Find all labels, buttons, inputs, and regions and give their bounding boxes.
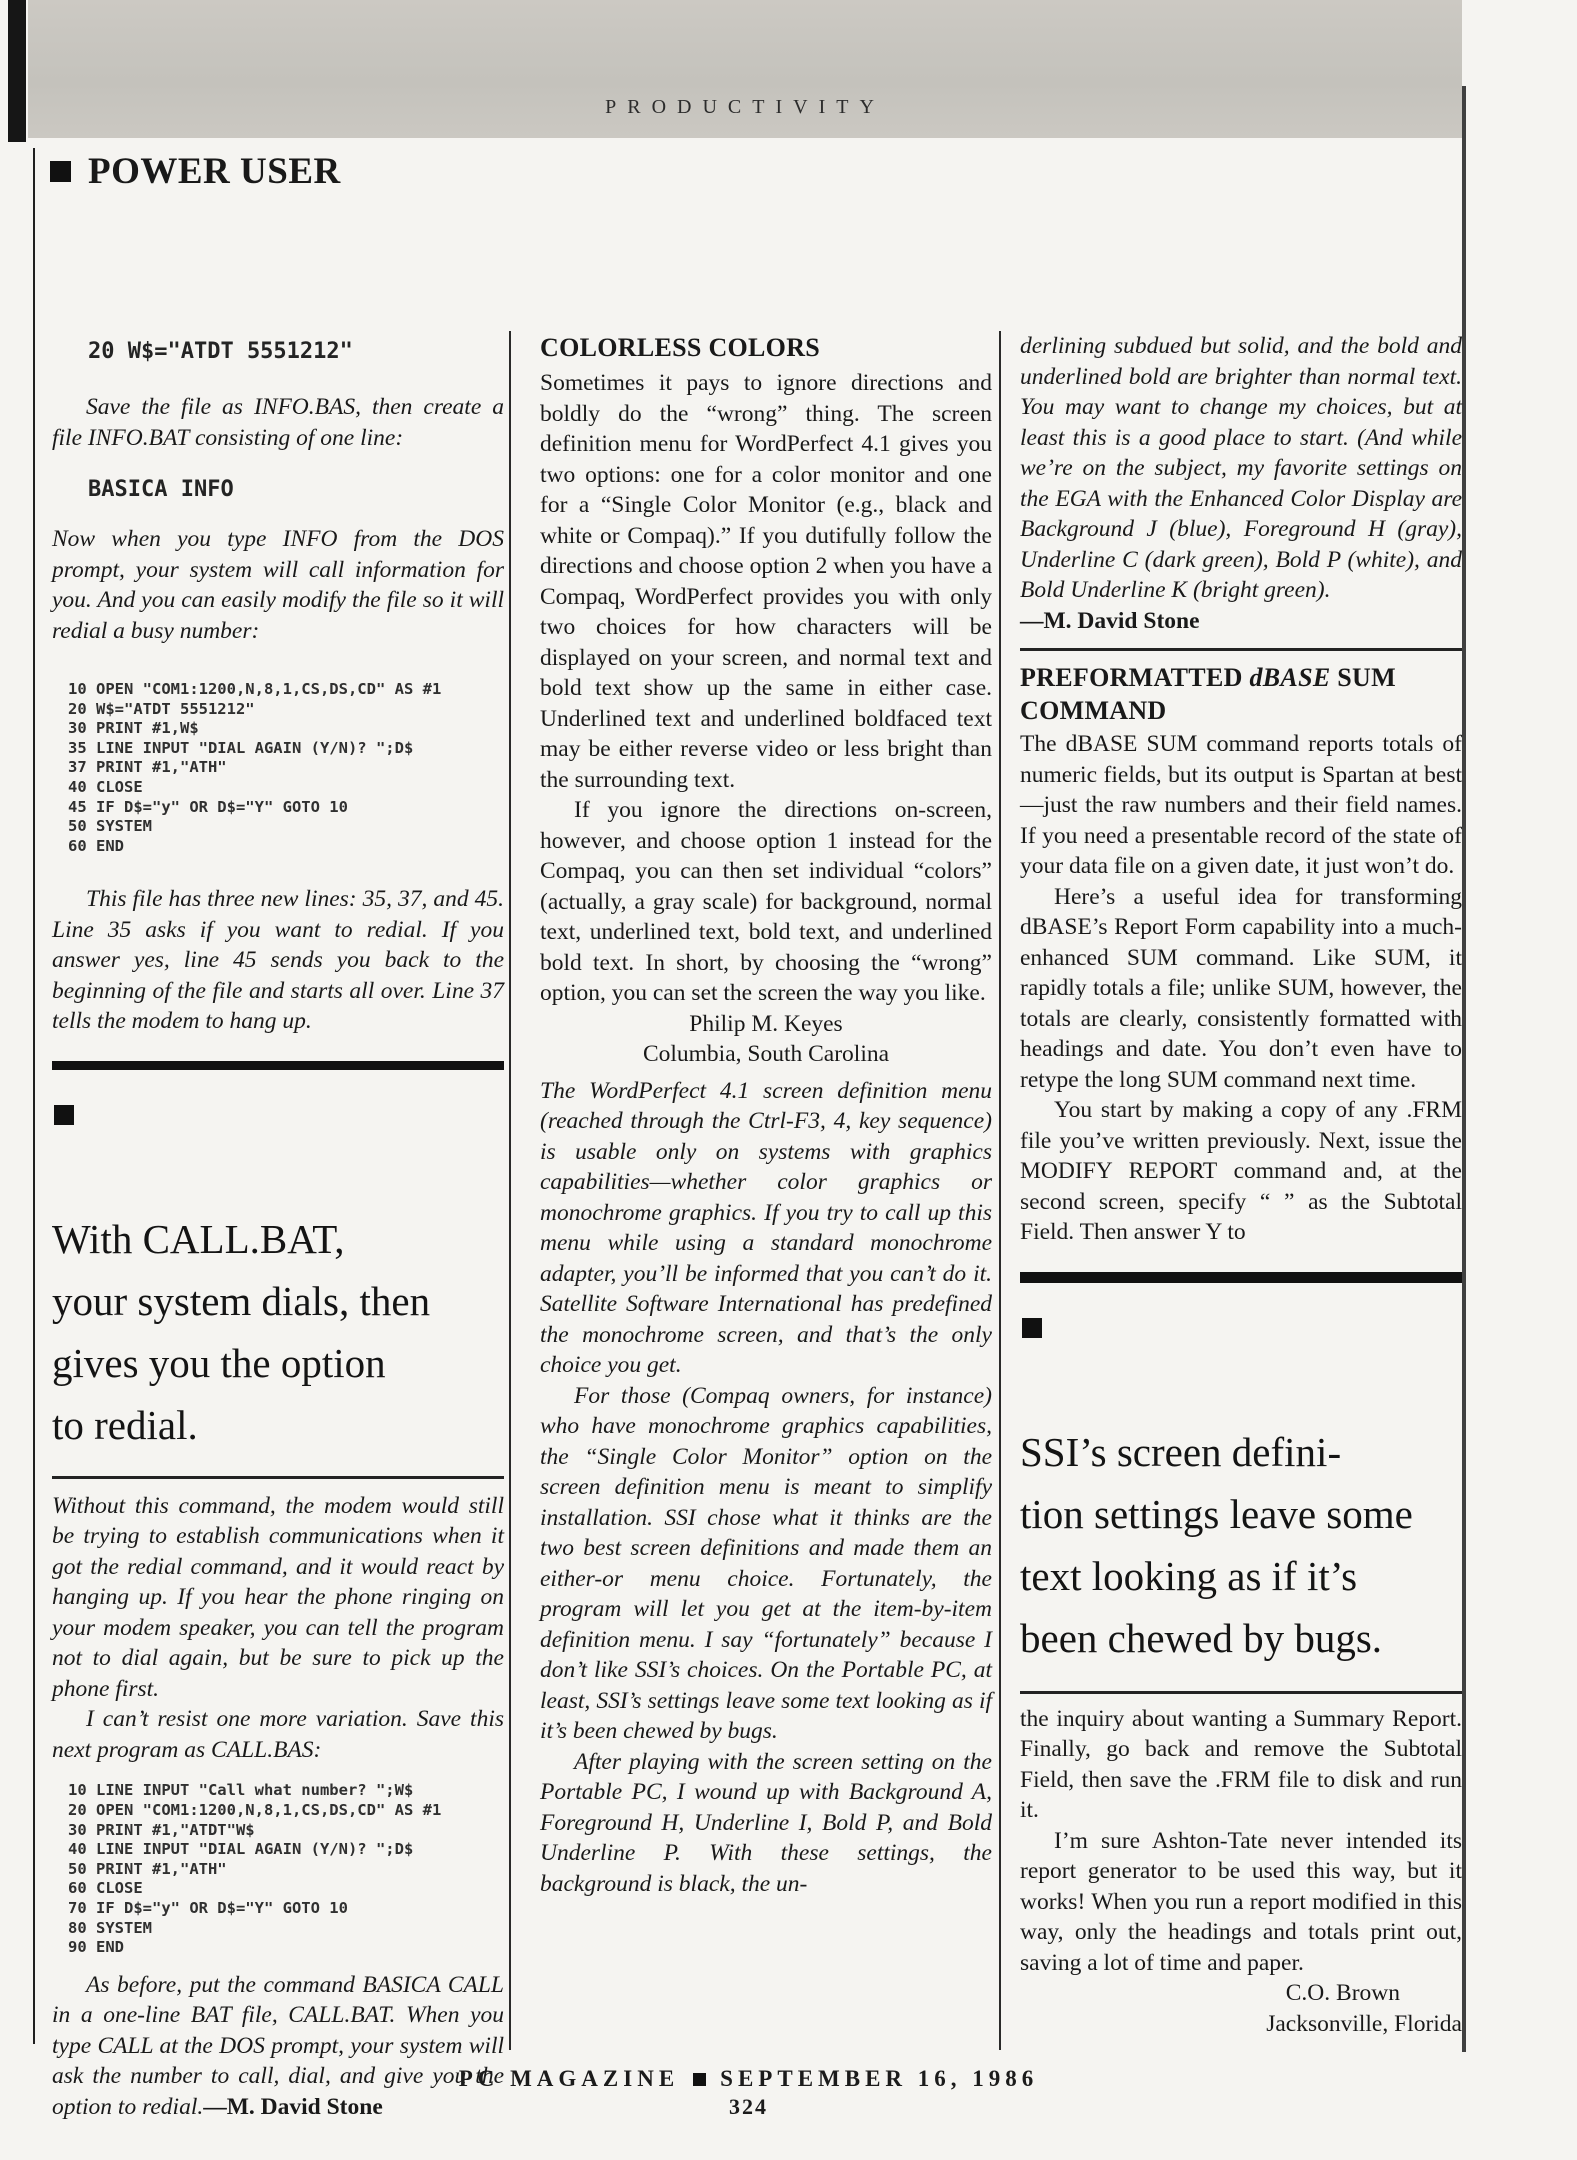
magazine-name: PC MAGAZINE <box>459 2066 679 2091</box>
square-bullet-icon <box>50 161 71 182</box>
paragraph: Now when you type INFO from the DOS prom… <box>52 524 504 646</box>
column-divider-1 <box>509 331 511 2050</box>
code-fragment: BASICA INFO <box>52 477 504 502</box>
attribution-location: Columbia, South Carolina <box>540 1039 992 1070</box>
pull-quote-text: SSI’s screen defini- tion settings leave… <box>1020 1429 1413 1661</box>
square-bullet-icon <box>1022 1318 1042 1338</box>
paragraph: You start by making a copy of any .FRM f… <box>1020 1095 1462 1248</box>
thick-rule <box>1020 1272 1462 1283</box>
author-byline: —M. David Stone <box>1020 606 1462 637</box>
editor-note: After playing with the screen setting on… <box>540 1747 992 1900</box>
column-divider-2 <box>999 331 1001 2050</box>
basic-listing-call: 10 LINE INPUT "Call what number? ";W$ 20… <box>52 1781 504 1957</box>
column-2: COLORLESS COLORS Sometimes it pays to ig… <box>540 331 992 1899</box>
paragraph: Here’s a useful idea for transforming dB… <box>1020 882 1462 1096</box>
issue-date: SEPTEMBER 16, 1986 <box>720 2066 1038 2091</box>
paragraph: Save the file as INFO.BAS, then create a… <box>52 392 504 453</box>
attribution-location: Jacksonville, Florida <box>1020 2009 1462 2040</box>
paragraph: I can’t resist one more variation. Save … <box>52 1704 504 1765</box>
corner-bar <box>8 0 26 142</box>
pull-quote-text: With CALL.BAT, your system dials, then g… <box>52 1216 430 1448</box>
thin-rule <box>1020 1691 1462 1694</box>
magazine-page: PRODUCTIVITY POWER USER 20 W$="ATDT 5551… <box>0 0 1577 2160</box>
thin-rule <box>52 1476 504 1479</box>
heading-part: PREFORMATTED <box>1020 663 1249 692</box>
attribution-name: C.O. Brown <box>1020 1978 1462 2009</box>
square-bullet-icon <box>693 2073 706 2086</box>
paragraph: Sometimes it pays to ignore directions a… <box>540 368 992 795</box>
paragraph: If you ignore the directions on-screen, … <box>540 795 992 1009</box>
thick-rule <box>52 1061 504 1070</box>
pull-quote-ssi: SSI’s screen defini- tion settings leave… <box>1020 1297 1462 1669</box>
paragraph: The dBASE SUM command reports totals of … <box>1020 729 1462 882</box>
column-title: POWER USER <box>88 150 341 193</box>
column-header: POWER USER <box>50 150 341 193</box>
article-heading: COLORLESS COLORS <box>540 331 992 364</box>
editor-note: The WordPerfect 4.1 screen definition me… <box>540 1076 992 1381</box>
left-page-rule <box>33 148 35 2044</box>
heading-part-italic: dBASE <box>1249 663 1330 692</box>
column-3: derlining subdued but solid, and the bol… <box>1020 331 1462 2039</box>
column-1: 20 W$="ATDT 5551212" Save the file as IN… <box>52 331 504 2122</box>
paragraph: This file has three new lines: 35, 37, a… <box>52 884 504 1037</box>
paragraph: I’m sure Ashton-Tate never intended its … <box>1020 1826 1462 1979</box>
page-number: 324 <box>33 2094 1464 2120</box>
page-footer: PC MAGAZINESEPTEMBER 16, 1986 324 <box>33 2066 1464 2120</box>
editor-note: For those (Compaq owners, for instance) … <box>540 1381 992 1747</box>
code-fragment: 20 W$="ATDT 5551212" <box>52 339 504 364</box>
section-label: PRODUCTIVITY <box>28 96 1462 119</box>
thin-rule <box>1020 648 1462 651</box>
paragraph: Without this command, the modem would st… <box>52 1491 504 1705</box>
article-heading: PREFORMATTED dBASE SUM COMMAND <box>1020 661 1462 727</box>
header-band: PRODUCTIVITY <box>28 0 1462 138</box>
square-bullet-icon <box>54 1105 74 1125</box>
attribution-name: Philip M. Keyes <box>540 1009 992 1040</box>
basic-listing-info: 10 OPEN "COM1:1200,N,8,1,CS,DS,CD" AS #1… <box>52 680 504 856</box>
pull-quote-callbat: With CALL.BAT, your system dials, then g… <box>52 1084 504 1456</box>
right-page-rule <box>1462 86 1466 2052</box>
paragraph: the inquiry about wanting a Summary Repo… <box>1020 1704 1462 1826</box>
editor-note-continued: derlining subdued but solid, and the bol… <box>1020 331 1462 606</box>
